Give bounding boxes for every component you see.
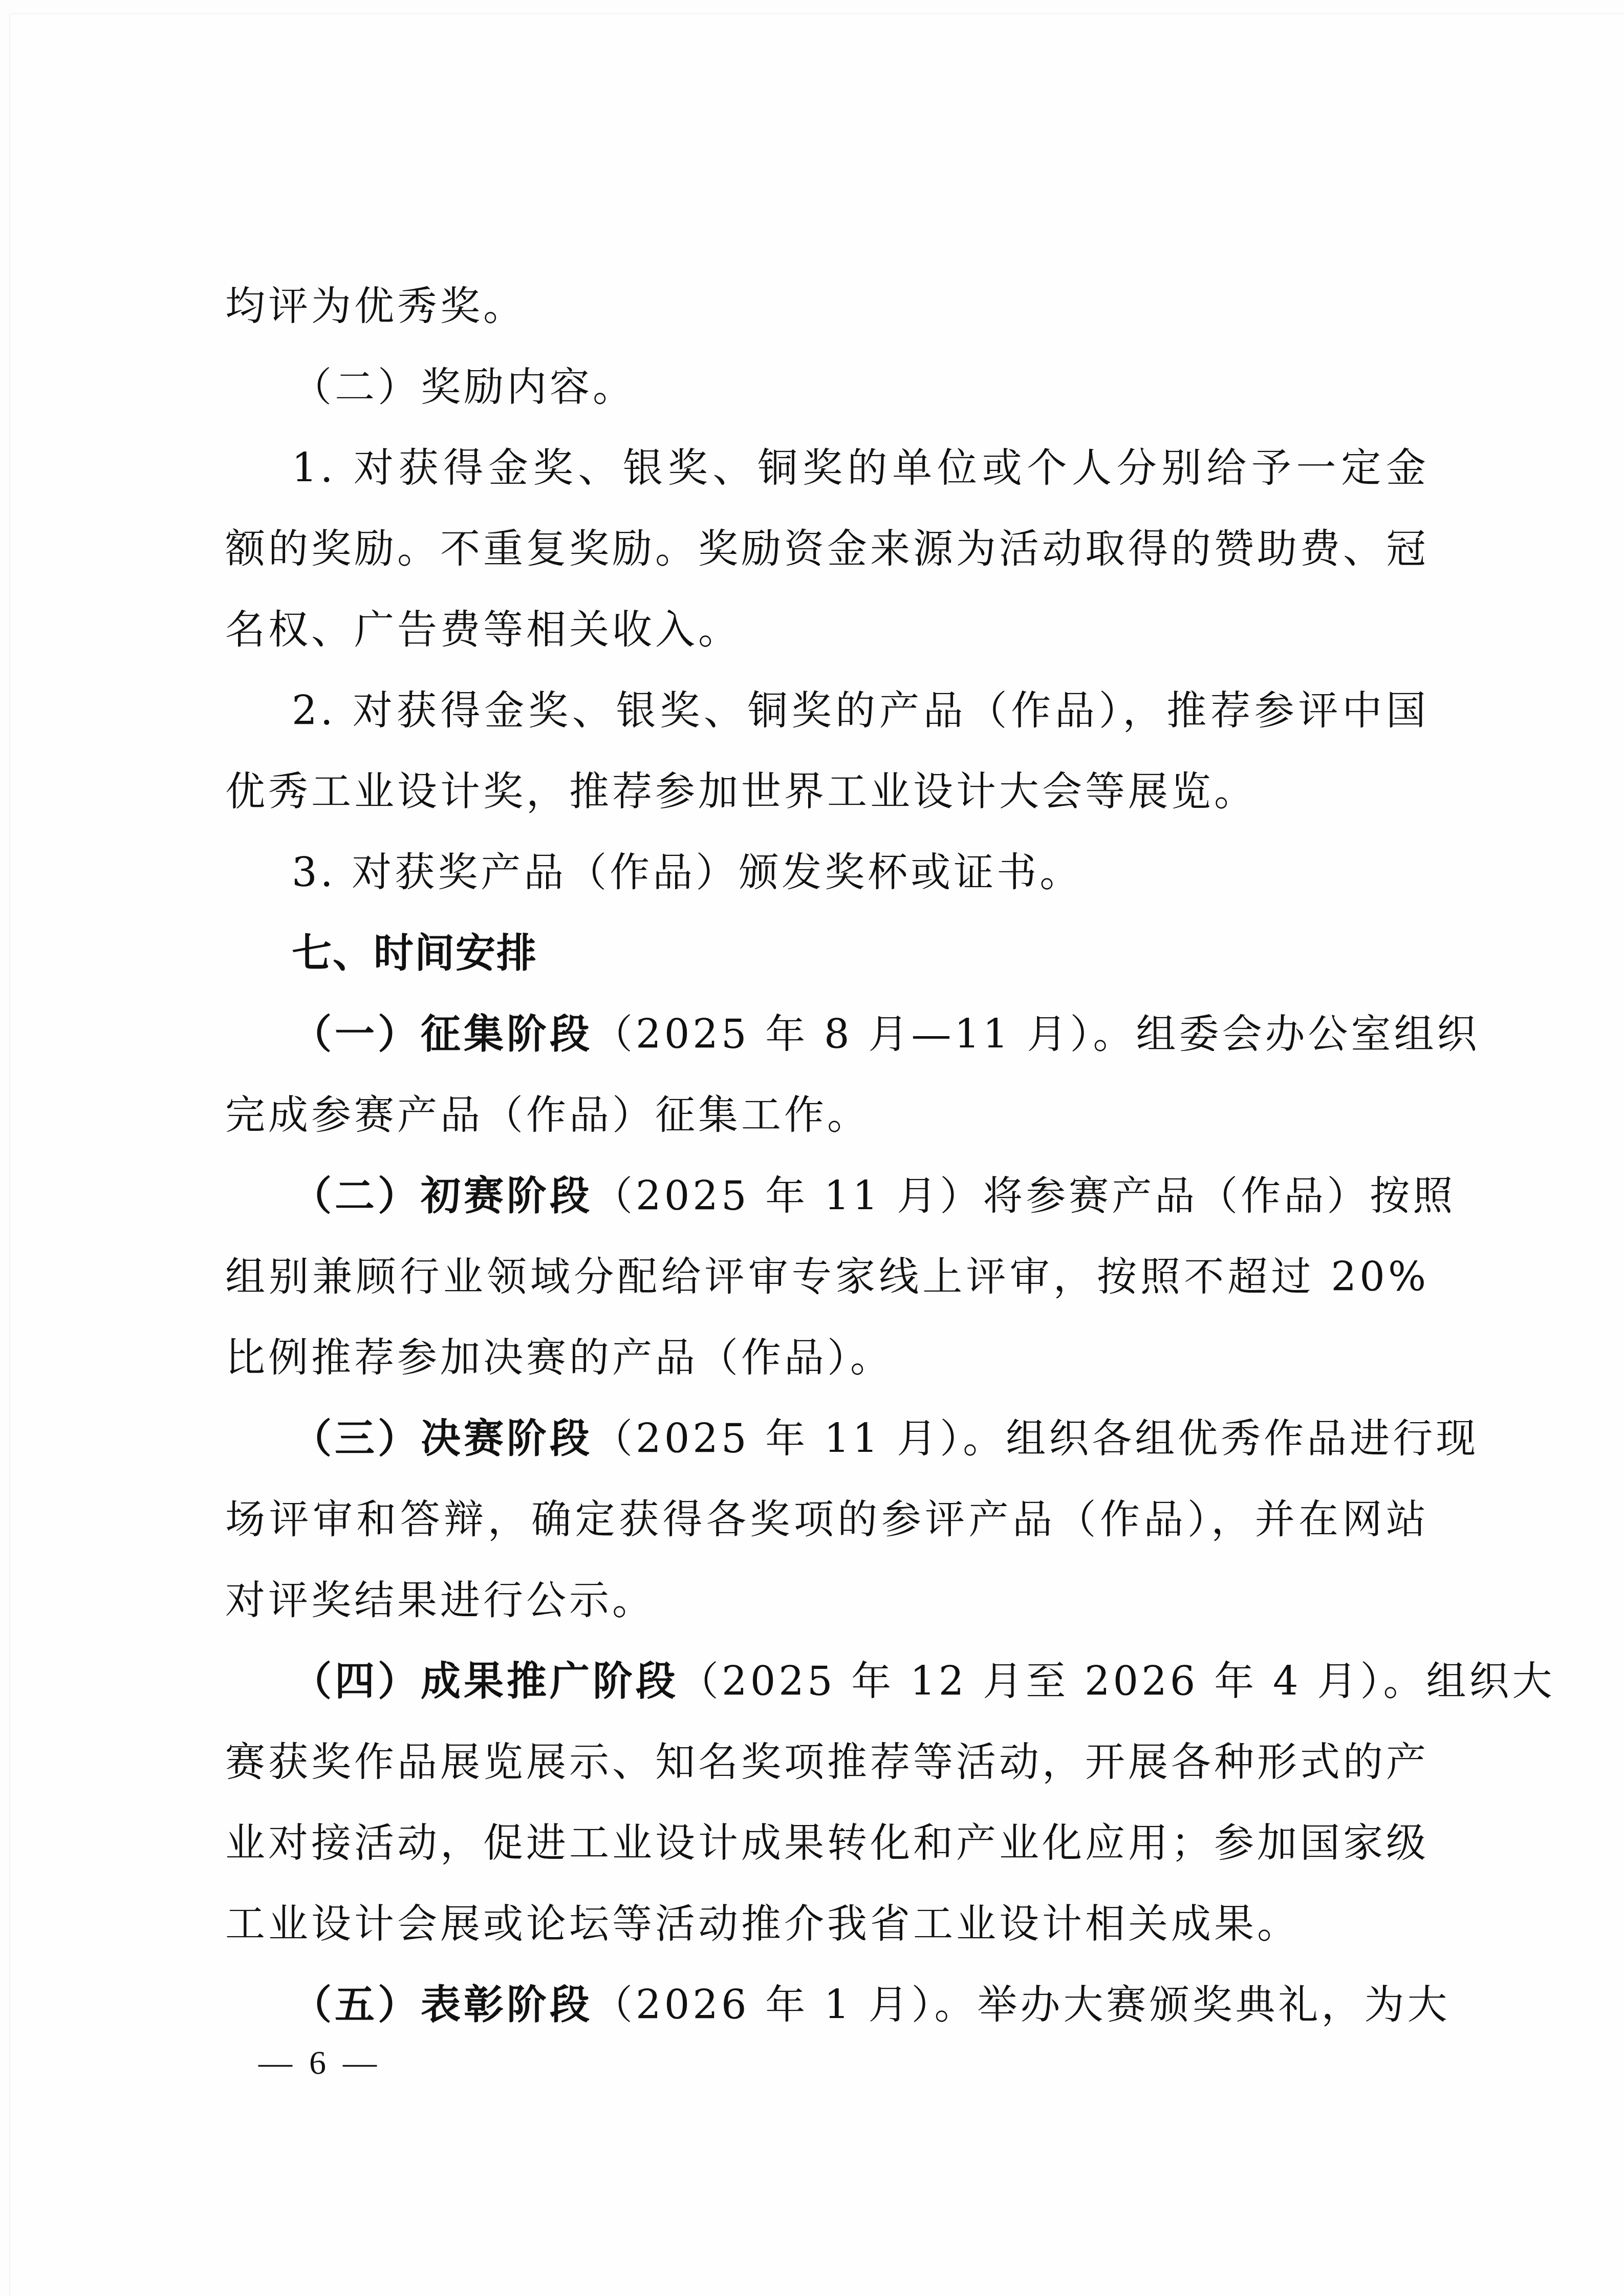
subsection-heading-award-content: （二）奖励内容。: [225, 347, 1429, 428]
document-body: 均评为优秀奖。 （二）奖励内容。 1. 对获得金奖、银奖、铜奖的单位或个人分别给…: [225, 266, 1429, 2046]
stage-4-line-1: （四）成果推广阶段（2025 年 12 月至 2026 年 4 月）。组织大: [225, 1641, 1429, 1722]
paragraph-line: 均评为优秀奖。: [225, 266, 1429, 347]
stage-4-line-3: 业对接活动，促进工业设计成果转化和产业化应用；参加国家级: [225, 1803, 1429, 1884]
award-item-2-line-2: 优秀工业设计奖，推荐参加世界工业设计大会等展览。: [225, 752, 1429, 832]
page-number: — 6 —: [258, 2040, 377, 2086]
stage-3-line-3: 对评奖结果进行公示。: [225, 1560, 1429, 1641]
award-item-2-line-1: 2. 对获得金奖、银奖、铜奖的产品（作品），推荐参评中国: [225, 671, 1429, 752]
stage-5-text: （2026 年 1 月）。举办大赛颁奖典礼，为大: [593, 1982, 1450, 2028]
award-item-3-line-1: 3. 对获奖产品（作品）颁发奖杯或证书。: [225, 832, 1429, 913]
document-page: 均评为优秀奖。 （二）奖励内容。 1. 对获得金奖、银奖、铜奖的单位或个人分别给…: [0, 0, 1624, 2296]
stage-2-label: （二）初赛阶段: [292, 1174, 593, 1218]
stage-4-label: （四）成果推广阶段: [292, 1659, 679, 1704]
stage-3-line-1: （三）决赛阶段（2025 年 11 月）。组织各组优秀作品进行现: [225, 1399, 1429, 1479]
stage-1-text: （2025 年 8 月—11 月）。组委会办公室组织: [593, 1012, 1480, 1058]
stage-2-text: （2025 年 11 月）将参赛产品（作品）按照: [593, 1173, 1456, 1219]
stage-5-label: （五）表彰阶段: [292, 1983, 593, 2027]
award-item-1-line-3: 名权、广告费等相关收入。: [225, 590, 1429, 671]
stage-2-line-2: 组别兼顾行业领域分配给评审专家线上评审，按照不超过 20%: [225, 1237, 1429, 1318]
stage-2-line-3: 比例推荐参加决赛的产品（作品）。: [225, 1318, 1429, 1399]
stage-1-line-2: 完成参赛产品（作品）征集工作。: [225, 1075, 1429, 1156]
stage-3-text: （2025 年 11 月）。组织各组优秀作品进行现: [593, 1416, 1479, 1462]
stage-4-line-2: 赛获奖作品展览展示、知名奖项推荐等活动，开展各种形式的产: [225, 1722, 1429, 1803]
section-heading-schedule: 七、时间安排: [225, 913, 1429, 994]
stage-2-line-1: （二）初赛阶段（2025 年 11 月）将参赛产品（作品）按照: [225, 1156, 1429, 1237]
stage-1-label: （一）征集阶段: [292, 1012, 593, 1057]
stage-3-label: （三）决赛阶段: [292, 1417, 593, 1461]
stage-5-line-1: （五）表彰阶段（2026 年 1 月）。举办大赛颁奖典礼，为大: [225, 1965, 1429, 2046]
stage-4-line-4: 工业设计会展或论坛等活动推介我省工业设计相关成果。: [225, 1884, 1429, 1965]
award-item-1-line-2: 额的奖励。不重复奖励。奖励资金来源为活动取得的赞助费、冠: [225, 509, 1429, 590]
stage-3-line-2: 场评审和答辩，确定获得各奖项的参评产品（作品），并在网站: [225, 1479, 1429, 1560]
stage-4-text: （2025 年 12 月至 2026 年 4 月）。组织大: [679, 1659, 1555, 1705]
stage-1-line-1: （一）征集阶段（2025 年 8 月—11 月）。组委会办公室组织: [225, 994, 1429, 1075]
award-item-1-line-1: 1. 对获得金奖、银奖、铜奖的单位或个人分别给予一定金: [225, 428, 1429, 509]
